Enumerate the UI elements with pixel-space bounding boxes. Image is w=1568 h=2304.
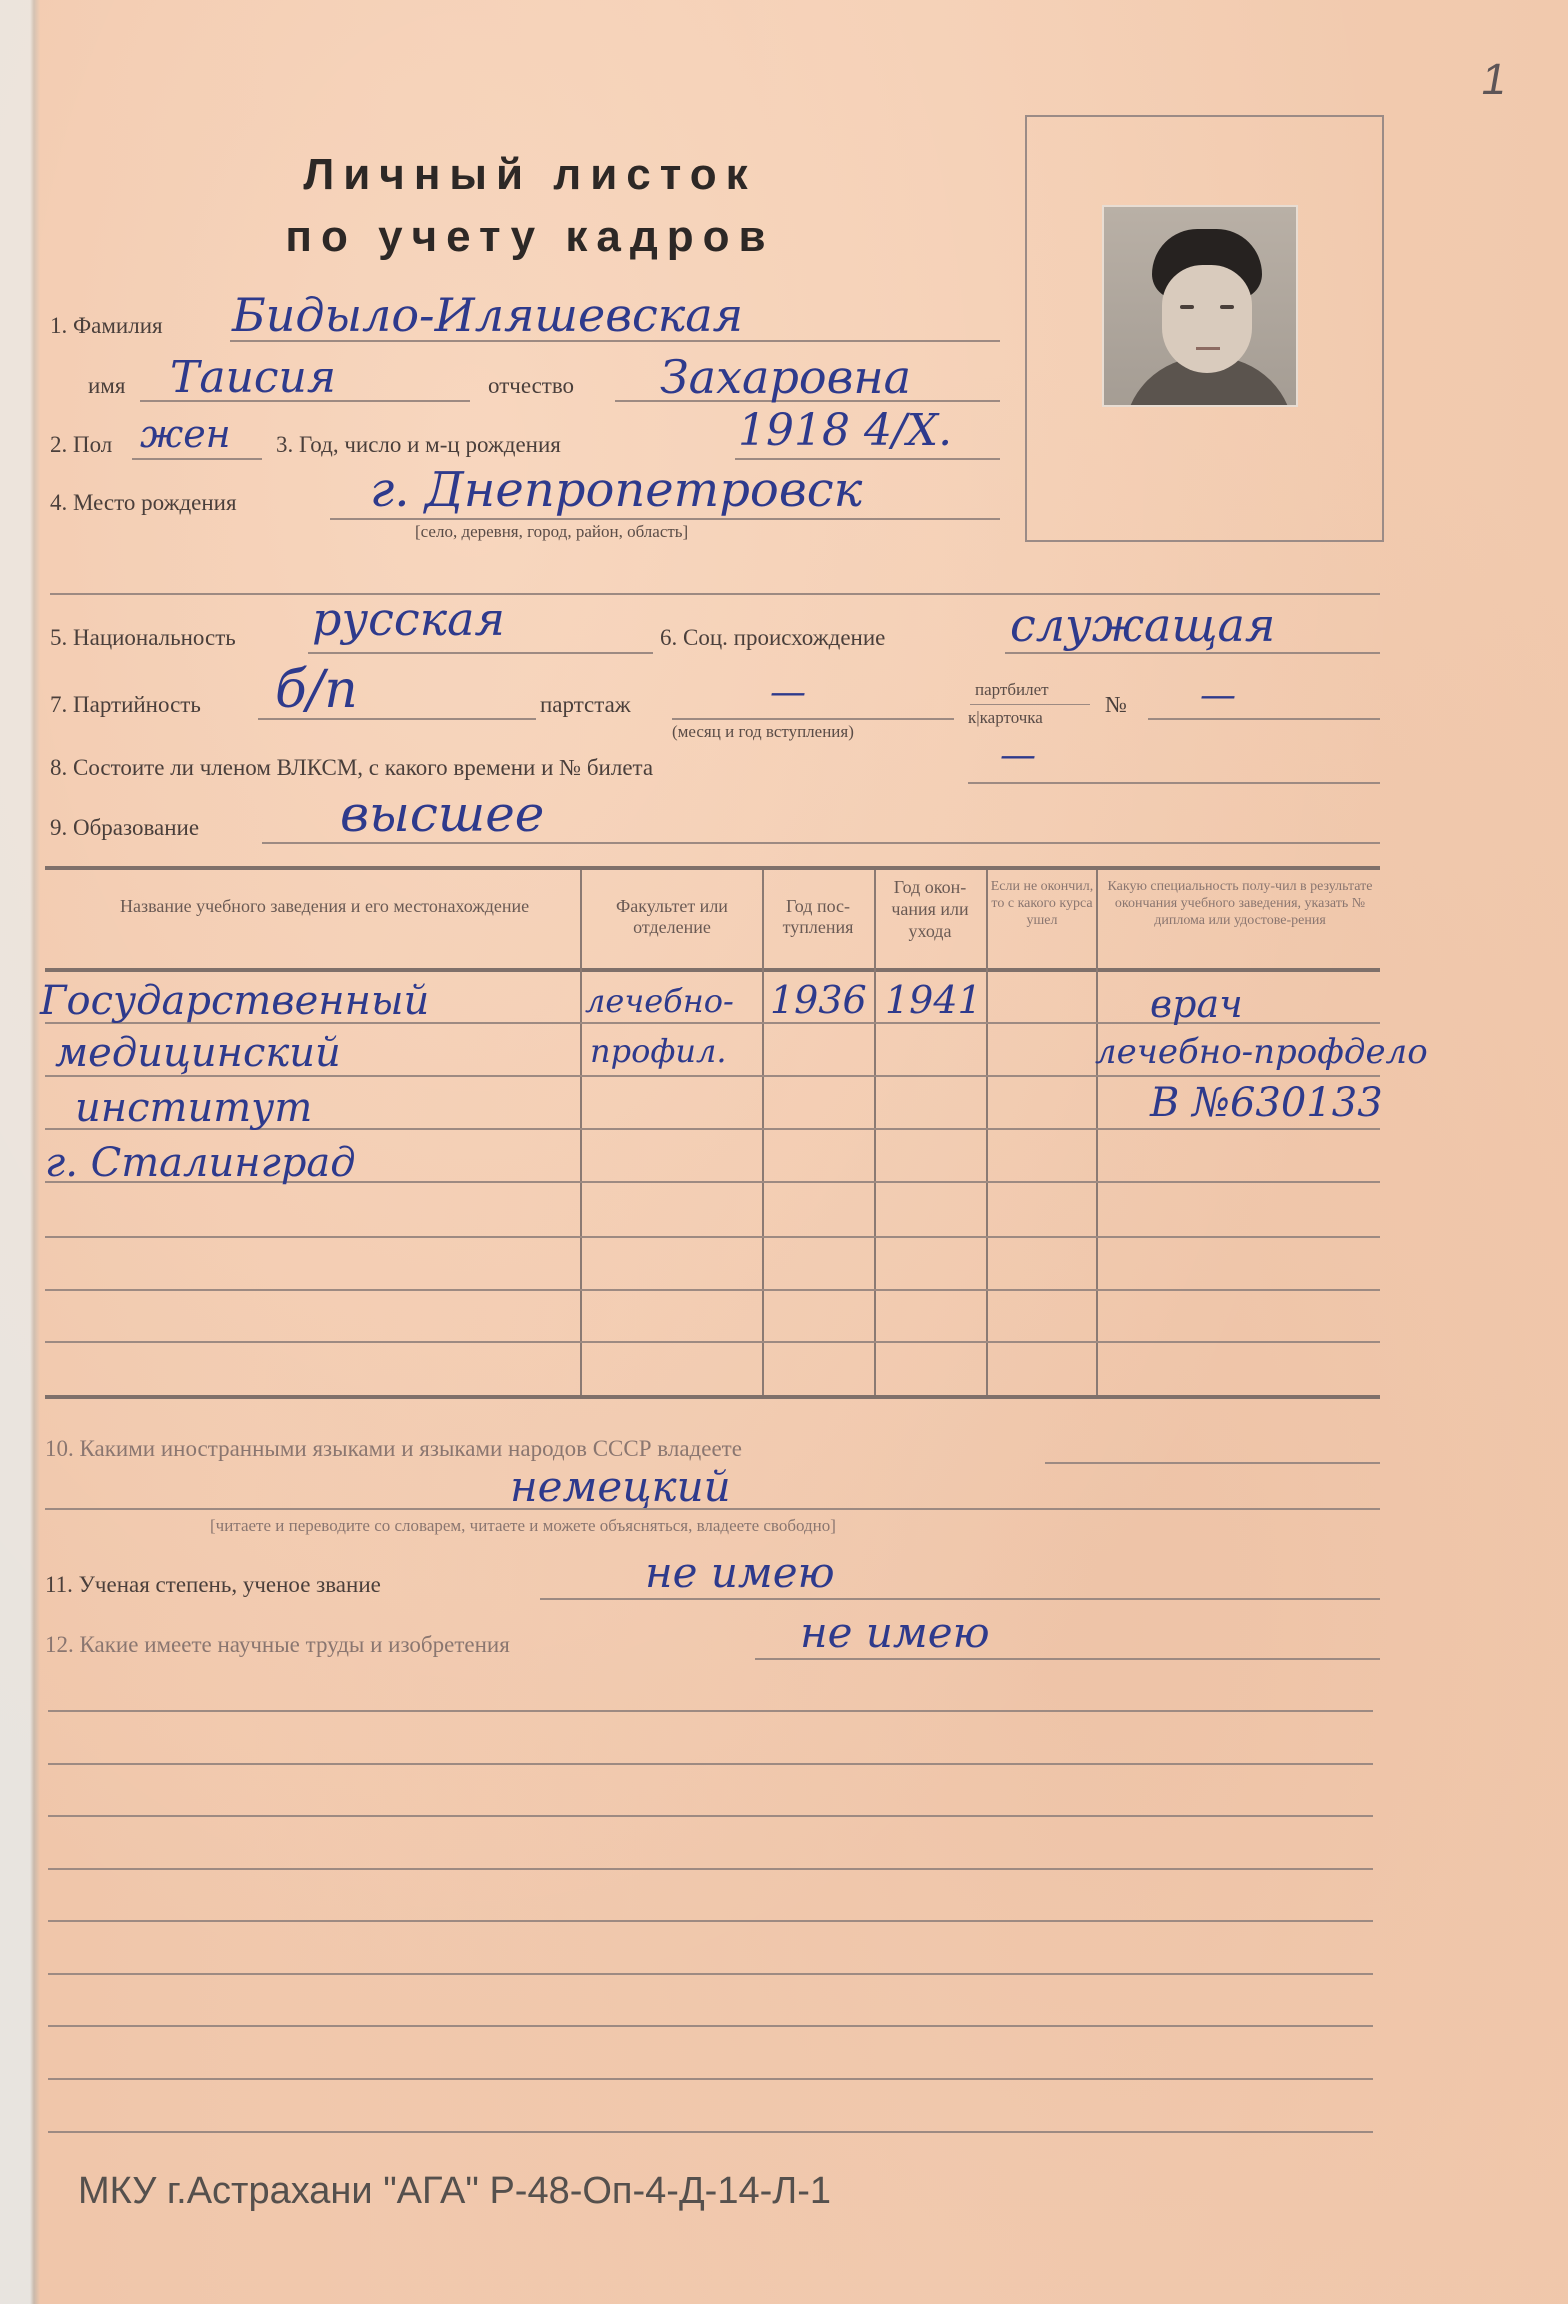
table-top-border: [45, 866, 1380, 870]
birth-place-value[interactable]: г. Днепропетровск: [370, 462, 862, 518]
degree-label: 11. Ученая степень, ученое звание: [45, 1572, 381, 1598]
employee-photo: [1102, 205, 1298, 407]
ruled-line: [48, 1973, 1373, 1975]
ruled-line: [48, 1920, 1373, 1922]
specialty-line-1: врач: [1150, 982, 1243, 1026]
table-header-year-start: Год пос-тупления: [766, 896, 870, 938]
education-label: 9. Образование: [50, 815, 199, 841]
komsomol-value[interactable]: —: [1000, 735, 1036, 776]
surname-label: 1. Фамилия: [50, 313, 163, 339]
komsomol-label: 8. Состоите ли членом ВЛКСМ, с какого вр…: [50, 755, 653, 781]
languages-line-1: [1045, 1462, 1380, 1464]
page-number: 1: [1478, 55, 1511, 105]
institution-line-2: медицинский: [55, 1030, 341, 1076]
table-header-institution: Название учебного заведения и его местон…: [120, 896, 520, 917]
komsomol-line: [968, 782, 1380, 784]
birth-place-caption: [село, деревня, город, район, область]: [415, 522, 688, 542]
nationality-line: [308, 652, 653, 654]
blank-line: [50, 593, 1380, 595]
table-header-specialty: Какую специальность полу-чил в результат…: [1100, 878, 1380, 929]
languages-caption: [читаете и переводите со словарем, читае…: [210, 1516, 836, 1536]
patronymic-label: отчество: [488, 373, 574, 399]
ruled-line: [48, 1868, 1373, 1870]
first-name-label: имя: [88, 373, 125, 399]
birth-date-line: [735, 458, 1000, 460]
birth-date-value[interactable]: 1918 4/X.: [738, 405, 952, 456]
party-card-divider: [970, 704, 1090, 705]
table-header-faculty: Факультет или отделение: [586, 896, 758, 938]
table-col-divider: [874, 870, 876, 1395]
table-header-course-left: Если не окончил, то с какого курса ушел: [990, 878, 1094, 929]
table-row-line: [45, 1289, 1380, 1291]
works-label: 12. Какие имеете научные труды и изобрет…: [45, 1632, 510, 1658]
party-card-label-top: партбилет: [975, 680, 1049, 700]
ruled-line: [48, 2078, 1373, 2080]
document-title-line2: по учету кадров: [180, 212, 880, 262]
degree-value[interactable]: не имею: [645, 1548, 835, 1597]
table-row-line: [45, 1341, 1380, 1343]
languages-value[interactable]: немецкий: [510, 1462, 731, 1511]
ruled-line: [48, 2131, 1373, 2133]
table-row-line: [45, 1236, 1380, 1238]
ruled-line: [48, 2025, 1373, 2027]
institution-line-4: г. Сталинград: [45, 1140, 356, 1186]
first-name-value[interactable]: Таисия: [170, 352, 336, 403]
sex-value[interactable]: жен: [140, 412, 231, 456]
surname-value[interactable]: Бидыло-Иляшевская: [232, 288, 743, 342]
degree-line: [540, 1598, 1380, 1600]
faculty-line-2: профил.: [590, 1032, 727, 1070]
party-tenure-caption: (месяц и год вступления): [672, 722, 854, 742]
year-start-value: 1936: [770, 978, 867, 1022]
works-line: [755, 1658, 1380, 1660]
party-tenure-value[interactable]: —: [770, 672, 806, 713]
sex-label: 2. Пол: [50, 432, 112, 458]
table-header-year-end: Год окон-чания или ухода: [878, 876, 982, 942]
ruled-line: [48, 1710, 1373, 1712]
ruled-line: [48, 1815, 1373, 1817]
table-bottom-border: [45, 1395, 1380, 1399]
document-title-line1: Личный листок: [180, 150, 880, 200]
party-tenure-line: [672, 718, 954, 720]
photo-eye-right: [1220, 305, 1234, 309]
nationality-value[interactable]: русская: [312, 592, 505, 646]
specialty-line-2: лечебно-профдело: [1095, 1032, 1428, 1072]
sex-line: [132, 458, 262, 460]
social-origin-label: 6. Соц. происхождение: [660, 625, 885, 651]
works-value[interactable]: не имею: [800, 1608, 990, 1657]
birth-date-label: 3. Год, число и м-ц рождения: [276, 432, 561, 458]
party-value[interactable]: б/п: [275, 660, 358, 720]
languages-label: 10. Какими иностранными языками и языкам…: [45, 1436, 742, 1462]
table-header-border: [45, 968, 1380, 972]
photo-face: [1162, 265, 1252, 373]
birth-place-label: 4. Место рождения: [50, 490, 237, 516]
patronymic-value[interactable]: Захаровна: [660, 350, 911, 404]
table-col-divider: [1096, 870, 1098, 1395]
year-end-value: 1941: [885, 978, 982, 1022]
party-card-no-label: №: [1105, 692, 1127, 718]
table-col-divider: [986, 870, 988, 1395]
education-value[interactable]: высшее: [340, 785, 544, 843]
party-card-value[interactable]: —: [1200, 675, 1236, 716]
photo-eye-left: [1180, 305, 1194, 309]
party-tenure-label: партстаж: [540, 692, 631, 718]
nationality-label: 5. Национальность: [50, 625, 236, 651]
faculty-line-1: лечебно-: [585, 982, 734, 1020]
party-card-line: [1148, 718, 1380, 720]
birth-place-line: [330, 518, 1000, 520]
social-origin-line: [1005, 652, 1380, 654]
institution-line-3: институт: [75, 1085, 312, 1131]
social-origin-value[interactable]: служащая: [1010, 598, 1275, 652]
ruled-line: [48, 1763, 1373, 1765]
archive-stamp: МКУ г.Астрахани "АГА" Р-48-Оп-4-Д-14-Л-1: [78, 2170, 831, 2213]
party-card-label-bottom: к|карточка: [968, 708, 1043, 728]
party-label: 7. Партийность: [50, 692, 201, 718]
photo-mouth: [1196, 347, 1220, 350]
institution-line-1: Государственный: [40, 978, 429, 1024]
specialty-line-3: В №630133: [1150, 1080, 1383, 1126]
table-col-divider: [762, 870, 764, 1395]
table-col-divider: [580, 870, 582, 1395]
languages-line-2: [45, 1508, 1380, 1510]
